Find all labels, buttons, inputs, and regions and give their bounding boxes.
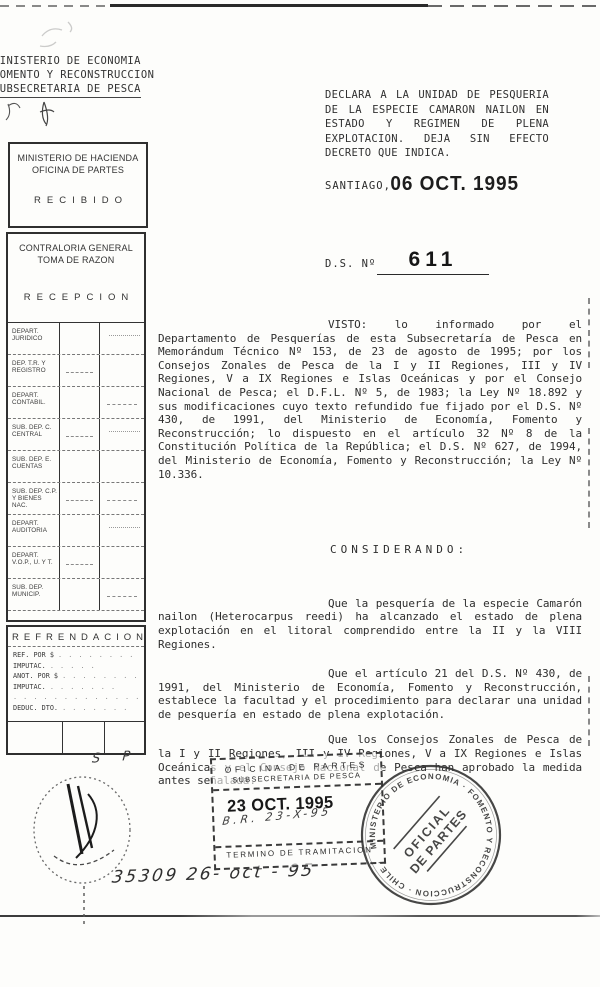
- table-cell: [99, 355, 144, 386]
- visto-paragraph: VISTO: lo informado por el Departamento …: [158, 318, 582, 481]
- recepcion-label: RECEPCION: [8, 292, 144, 303]
- contraloria-stamp: CONTRALORIA GENERAL TOMA DE RAZON RECEPC…: [6, 232, 146, 622]
- top-edge-line: [428, 5, 600, 7]
- table-cell: [99, 515, 144, 546]
- table-row: DEPART. AUDITORIA: [8, 515, 144, 547]
- letterhead: MINISTERIO DE ECONOMIA FOMENTO Y RECONST…: [0, 54, 154, 98]
- table-row: SUB. DEP. E. CUENTAS: [8, 451, 144, 483]
- right-edge-mark: [588, 428, 590, 528]
- refrendacion-row: ANOT. POR $ . . . . . . . .: [13, 671, 140, 682]
- refrendacion-stamp: REFRENDACION REF. POR $ . . . . . . . . …: [6, 625, 146, 755]
- table-cell: [59, 419, 99, 450]
- considerando-heading: CONSIDERANDO:: [330, 543, 582, 557]
- ink-scribble-stamp: [18, 758, 153, 933]
- stamp-title-line: CONTRALORIA GENERAL: [8, 243, 144, 255]
- refrendacion-row: DEDUC. DTO. . . . . . . .: [13, 703, 140, 714]
- table-row: DEPART. V.O.P., U. Y T.: [8, 547, 144, 579]
- table-cell: [99, 419, 144, 450]
- decree-body: VISTO: lo informado por el Departamento …: [158, 318, 582, 788]
- refrendacion-title: REFRENDACION: [8, 627, 144, 647]
- refrendacion-row: IMPUTAC. . . . . . . .: [13, 682, 140, 693]
- table-row: DEPART. CONTABIL.: [8, 387, 144, 419]
- stamp-title-line: TOMA DE RAZON: [8, 255, 144, 267]
- table-cell: [59, 483, 99, 514]
- table-cell: [99, 387, 144, 418]
- contraloria-table: DEPART. JURIDICO DEP. T.R. Y REGISTRO DE…: [8, 322, 144, 611]
- hacienda-received-stamp: MINISTERIO DE HACIENDA OFICINA DE PARTES…: [8, 142, 148, 228]
- table-cell: [99, 579, 144, 610]
- city-label: SANTIAGO,: [325, 180, 391, 192]
- decree-summary: DECLARA A LA UNIDAD DE PESQUERIA DE LA E…: [325, 88, 549, 161]
- table-cell: [59, 451, 99, 482]
- letterhead-line: FOMENTO Y RECONSTRUCCION: [0, 68, 154, 82]
- decree-number: 611: [377, 248, 489, 275]
- stamp-title-line: MINISTERIO DE HACIENDA: [10, 153, 146, 165]
- table-cell: [59, 355, 99, 386]
- right-edge-mark: [588, 676, 590, 746]
- table-row: DEPART. JURIDICO: [8, 323, 144, 355]
- table-cell: [59, 579, 99, 610]
- table-row: SUB. DEP. C. CENTRAL: [8, 419, 144, 451]
- stamp-title: CONTRALORIA GENERAL TOMA DE RAZON: [8, 243, 144, 266]
- refrendacion-row: IMPUTAC. . . . . .: [13, 661, 140, 672]
- city-date-line: SANTIAGO, 06 OCT. 1995: [325, 180, 391, 192]
- pencil-mark: [28, 8, 118, 60]
- table-cell: [99, 323, 144, 354]
- table-cell: [59, 515, 99, 546]
- table-cell: [99, 451, 144, 482]
- stamp-title: MINISTERIO DE HACIENDA OFICINA DE PARTES: [10, 153, 146, 176]
- date-stamp: 06 OCT. 1995: [390, 173, 519, 196]
- table-row: SUB. DEP. MUNICIP.: [8, 579, 144, 611]
- top-edge-line: [110, 4, 428, 7]
- decree-label: D.S. Nº: [325, 258, 376, 270]
- refrendacion-row: . . . . . . . . . . . . . .: [13, 692, 140, 703]
- decree-number-line: D.S. Nº 611: [325, 258, 376, 270]
- considerando-paragraph: Que el artículo 21 del D.S. Nº 430, de 1…: [158, 667, 582, 721]
- table-cell: [59, 387, 99, 418]
- table-row: DEP. T.R. Y REGISTRO: [8, 355, 144, 387]
- handwritten-mark: [0, 96, 120, 138]
- table-cell: [99, 547, 144, 578]
- refrendacion-empty-cells: [8, 721, 144, 753]
- table-row: SUB. DEP. C.P. Y BIENES NAC.: [8, 483, 144, 515]
- recibido-label: RECIBIDO: [10, 195, 146, 206]
- considerando-paragraph: Que la pesquería de la especie Camarón n…: [158, 597, 582, 651]
- letterhead-line: MINISTERIO DE ECONOMIA: [0, 54, 154, 68]
- stamp-title-line: OFICINA DE PARTES: [10, 165, 146, 177]
- scanned-decree-page: MINISTERIO DE ECONOMIA FOMENTO Y RECONST…: [0, 0, 600, 987]
- table-cell: [99, 483, 144, 514]
- right-edge-mark: [588, 298, 590, 368]
- refrendacion-rows: REF. POR $ . . . . . . . . . IMPUTAC. . …: [8, 647, 144, 713]
- refrendacion-row: REF. POR $ . . . . . . . . .: [13, 650, 140, 661]
- table-cell: [59, 323, 99, 354]
- table-cell: [59, 547, 99, 578]
- top-edge-line: [0, 5, 112, 7]
